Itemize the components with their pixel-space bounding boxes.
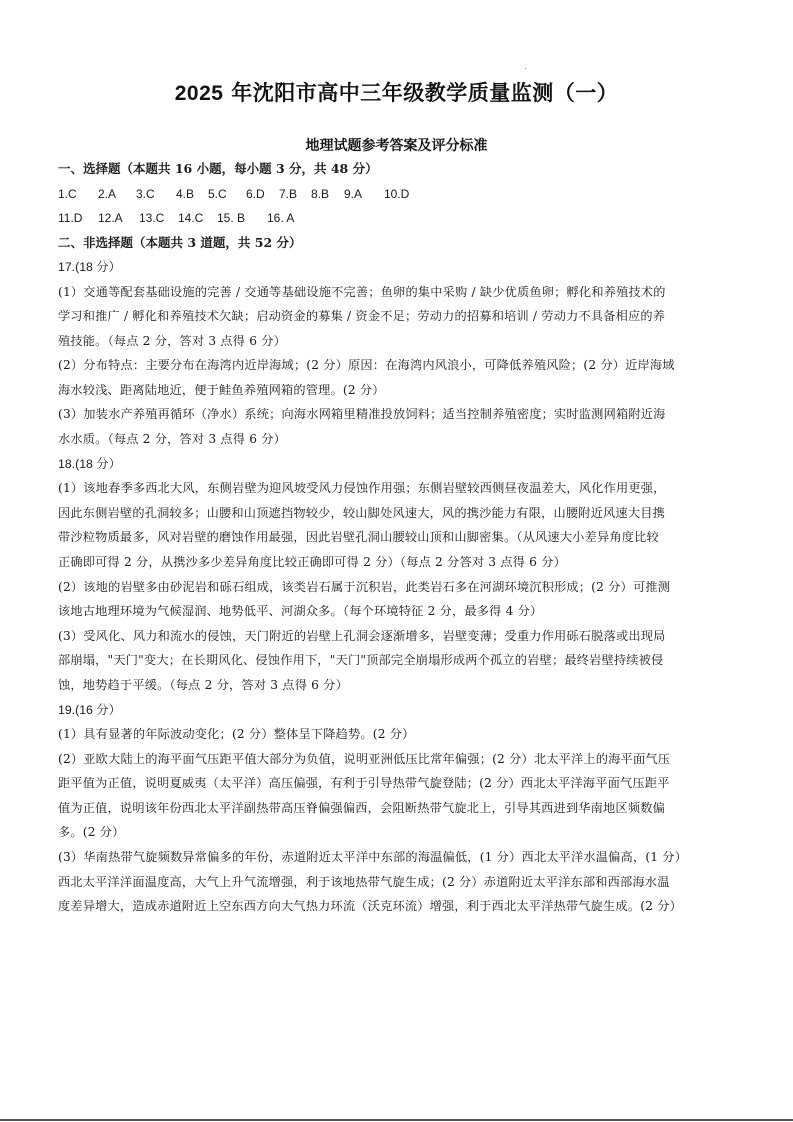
answer-key: 11.D — [58, 206, 98, 231]
answer-line: (3）受风化、风力和流水的侵蚀，天门附近的岩壁上孔洞会逐渐增多，岩壁变薄；受重力… — [58, 624, 748, 649]
answer-content: 一、选择题（本题共 16 小题，每小题 3 分，共 48 分） 1.C 2.A … — [58, 157, 748, 919]
answer-line: 带沙粒物质最多，风对岩壁的磨蚀作用最强，因此岩壁孔洞山腰较山顶和山脚密集。（从风… — [58, 525, 748, 550]
answer-line: 蚀，地势趋于平缓。（每点 2 分，答对 3 点得 6 分） — [58, 673, 748, 698]
answer-line: 殖技能。（每点 2 分，答对 3 点得 6 分） — [58, 329, 748, 354]
answer-line: (2）该地的岩壁多由砂泥岩和砾石组成，该类岩石属于沉积岩，此类岩石多在河湖环境沉… — [58, 575, 748, 600]
answer-line: 海水较浅、距离陆地近，便于鲑鱼养殖网箱的管理。(2 分） — [58, 378, 748, 403]
answer-key: 1.C — [58, 182, 98, 207]
section-2-heading: 二、非选择题（本题共 3 道题，共 52 分） — [58, 231, 748, 256]
answer-line: (1）交通等配套基础设施的完善 / 交通等基础设施不完善；鱼卵的集中采购 / 缺… — [58, 280, 748, 305]
answer-key: 2.A — [98, 182, 136, 207]
answer-line: (2）亚欧大陆上的海平面气压距平值大部分为负值，说明亚洲低压比常年偏强；(2 分… — [58, 747, 748, 772]
answer-key: 14.C — [178, 206, 217, 231]
question-18-heading: 18.(18 分） — [58, 452, 748, 477]
question-18-answer: (1）该地春季多西北大风，东侧岩壁为迎风坡受风力侵蚀作用强；东侧岩壁较西侧昼夜温… — [58, 476, 748, 697]
document-title: 2025 年沈阳市高中三年级教学质量监测（一） — [0, 77, 793, 107]
answer-line: 值为正值，说明该年份西北太平洋副热带高压脊偏强偏西，会阻断热带气旋北上，引导其西… — [58, 796, 748, 821]
question-17-heading: 17.(18 分） — [58, 255, 748, 280]
question-19-answer: (1）具有显著的年际波动变化；(2 分）整体呈下降趋势。(2 分） (2）亚欧大… — [58, 722, 748, 919]
title-year: 2025 — [175, 82, 224, 105]
answer-line: 正确即可得 2 分，从携沙多少差异角度比较正确即可得 2 分）（每点 2 分答对… — [58, 550, 748, 575]
answer-key: 16. A — [267, 206, 307, 231]
document-subtitle: 地理试题参考答案及评分标准 — [0, 135, 793, 155]
answer-key: 6.D — [246, 182, 279, 207]
answer-line: (2）分布特点：主要分布在海湾内近岸海域；(2 分）原因：在海湾内风浪小，可降低… — [58, 353, 748, 378]
section-1-heading: 一、选择题（本题共 16 小题，每小题 3 分，共 48 分） — [58, 157, 748, 182]
question-17-answer: (1）交通等配套基础设施的完善 / 交通等基础设施不完善；鱼卵的集中采购 / 缺… — [58, 280, 748, 452]
answer-line: 因此东侧岩壁的孔洞较多；山腰和山顶遮挡物较少，较山脚处风速大，风的携沙能力有限，… — [58, 501, 748, 526]
answer-line: (1）该地春季多西北大风，东侧岩壁为迎风坡受风力侵蚀作用强；东侧岩壁较西侧昼夜温… — [58, 476, 748, 501]
answer-key: 12.A — [98, 206, 139, 231]
answer-row-1: 1.C 2.A 3.C 4.B 5.C 6.D 7.B 8.B 9.A 10.D — [58, 182, 748, 207]
answer-key: 15. B — [217, 206, 267, 231]
answer-key: 3.C — [136, 182, 176, 207]
answer-key: 7.B — [279, 182, 311, 207]
answer-line: (1）具有显著的年际波动变化；(2 分）整体呈下降趋势。(2 分） — [58, 722, 748, 747]
answer-line: 学习和推广 / 孵化和养殖技术欠缺；启动资金的募集 / 资金不足；劳动力的招募和… — [58, 304, 748, 329]
answer-key: 10.D — [384, 182, 424, 207]
title-text: 年沈阳市高中三年级教学质量监测（一） — [223, 80, 618, 105]
question-19-heading: 19.(16 分） — [58, 698, 748, 723]
answer-key: 8.B — [311, 182, 344, 207]
answer-line: 水水质。（每点 2 分，答对 3 点得 6 分） — [58, 427, 748, 452]
page-speck — [525, 68, 526, 69]
answer-line: 西北太平洋洋面温度高，大气上升气流增强，利于该地热带气旋生成；(2 分）赤道附近… — [58, 870, 748, 895]
document-page: 2025 年沈阳市高中三年级教学质量监测（一） 地理试题参考答案及评分标准 一、… — [0, 0, 793, 1122]
answer-key: 13.C — [139, 206, 178, 231]
page-bottom-rule — [0, 1119, 793, 1121]
answer-key: 4.B — [176, 182, 208, 207]
answer-line: (3）华南热带气旋频数异常偏多的年份，赤道附近太平洋中东部的海温偏低，(1 分）… — [58, 845, 748, 870]
answer-line: 多。(2 分） — [58, 820, 748, 845]
answer-key: 9.A — [344, 182, 384, 207]
answer-line: 度差异增大，造成赤道附近上空东西方向大气热力环流（沃克环流）增强，利于西北太平洋… — [58, 894, 748, 919]
answer-row-2: 11.D 12.A 13.C 14.C 15. B 16. A — [58, 206, 748, 231]
answer-line: (3）加装水产养殖再循环（净水）系统；向海水网箱里精准投放饲料；适当控制养殖密度… — [58, 402, 748, 427]
answer-key: 5.C — [208, 182, 246, 207]
answer-line: 距平值为正值，说明夏威夷（太平洋）高压偏强，有利于引导热带气旋登陆；(2 分）西… — [58, 771, 748, 796]
answer-line: 该地古地理环境为气候湿润、地势低平、河湖众多。（每个环境特征 2 分，最多得 4… — [58, 599, 748, 624]
answer-line: 部崩塌，"天门"变大；在长期风化、侵蚀作用下，"天门"顶部完全崩塌形成两个孤立的… — [58, 648, 748, 673]
